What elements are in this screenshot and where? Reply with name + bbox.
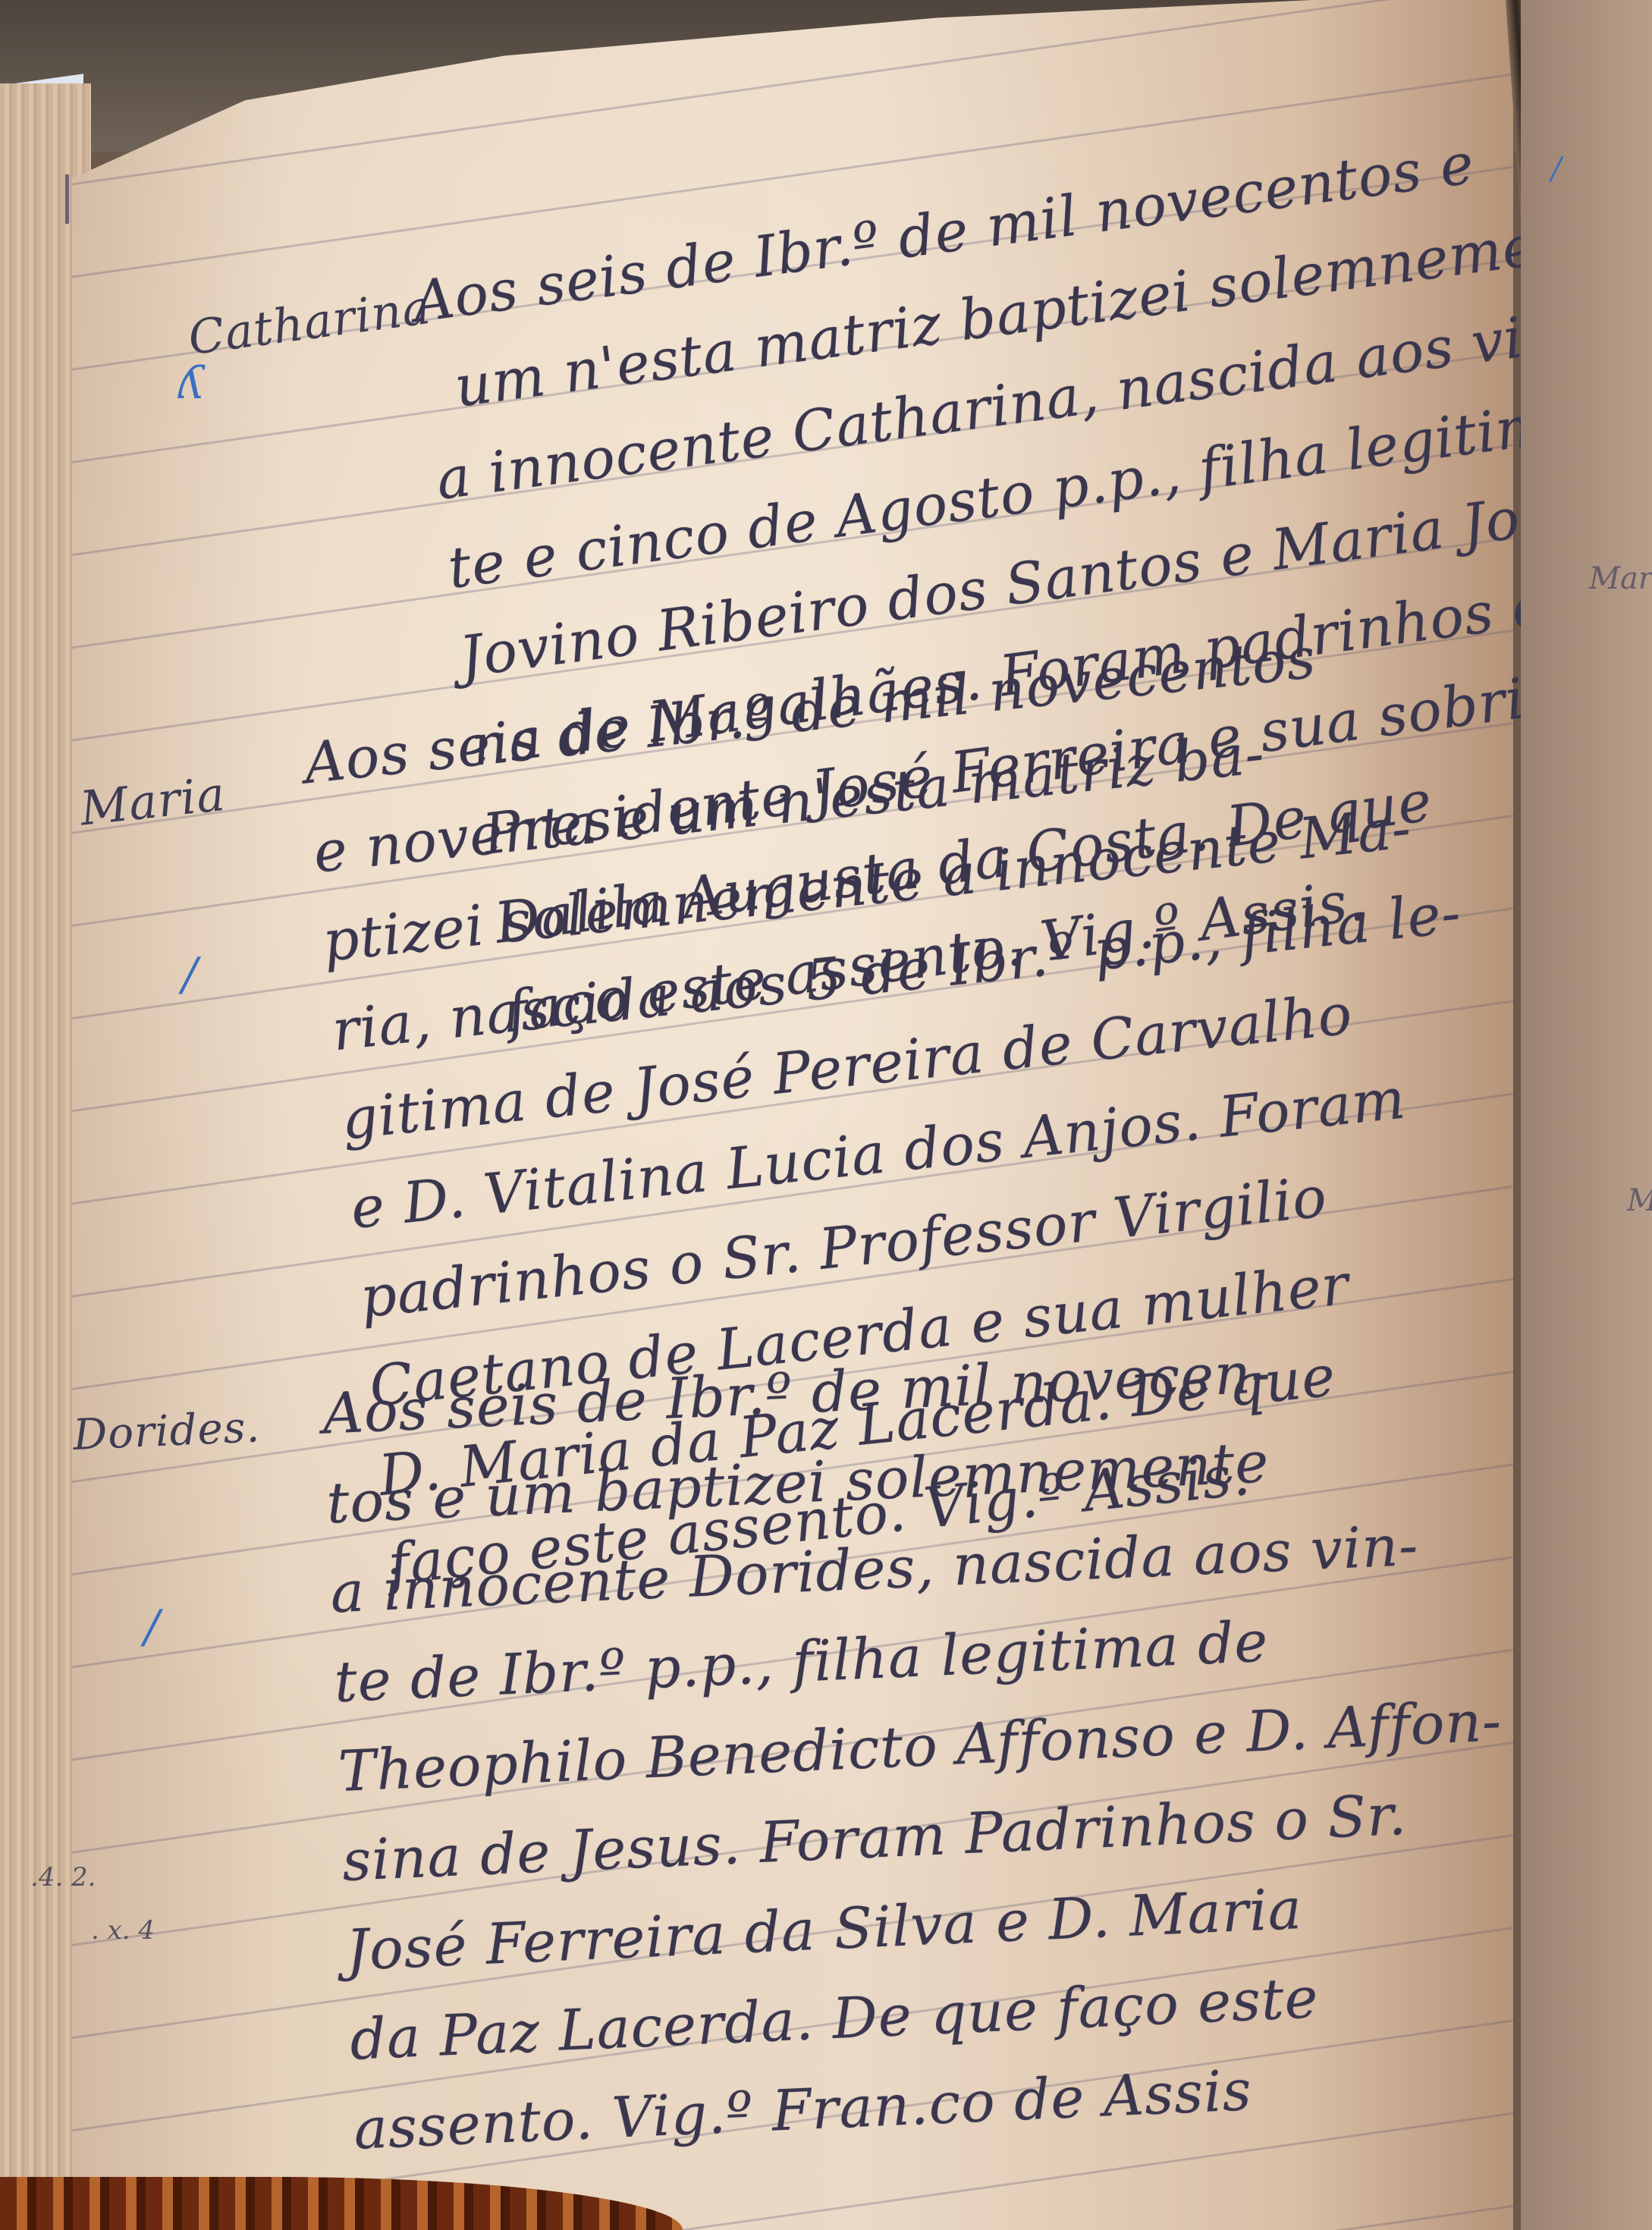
margin-name: Dorides. — [72, 1402, 261, 1460]
blue-pencil-mark: / — [144, 1600, 159, 1654]
pencil-margin-note: . x. 4 — [91, 1915, 155, 1946]
pencil-margin-note: .4. 2. — [30, 1862, 96, 1892]
pencil-tick-mark — [65, 174, 69, 224]
entry-text: Aos seis de Ibr.º de mil novecen- tos e … — [321, 1316, 1584, 2175]
facing-page-fragment: M — [1627, 1183, 1652, 1218]
facing-page: Mari M / — [1521, 0, 1652, 2230]
blue-pencil-mark: / — [1551, 152, 1561, 187]
facing-page-fragment: Mari — [1589, 561, 1652, 596]
blue-pencil-mark: / — [182, 948, 197, 1001]
blue-pencil-mark: ʎ — [178, 356, 204, 410]
